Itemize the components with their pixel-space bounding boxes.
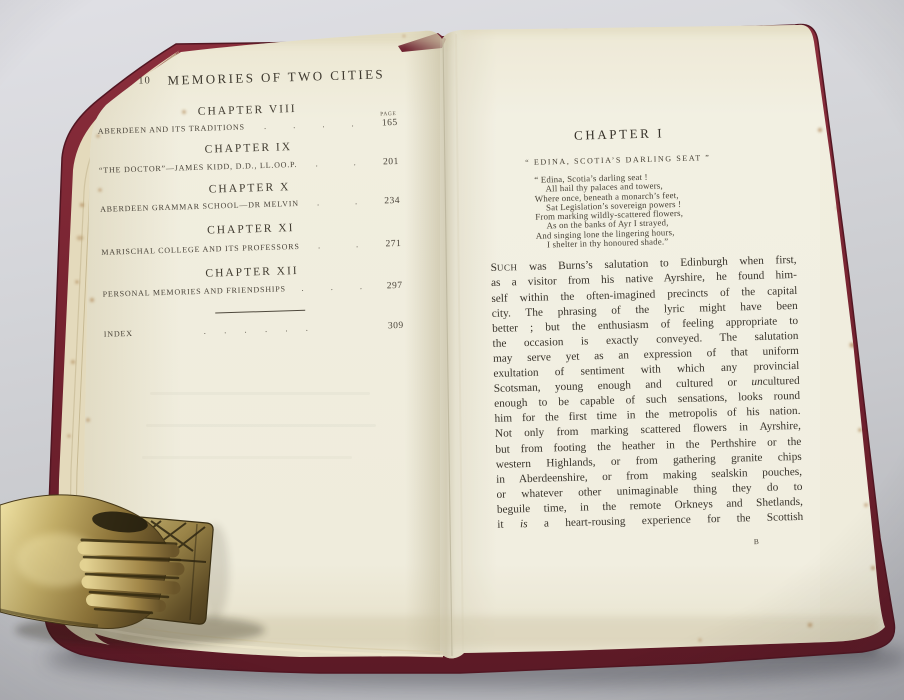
leader-dots: . .	[299, 197, 376, 208]
printers-signature-mark: B	[754, 537, 759, 546]
page-column-label: PAGE	[380, 111, 396, 117]
left-page: 10 MEMORIES OF TWO CITIES CHAPTER VIII P…	[96, 66, 404, 340]
toc-divider-rule	[215, 310, 305, 314]
toc-page-number: 234	[376, 196, 400, 207]
leader-dots: . .	[297, 158, 375, 169]
epigraph-title: “ EDINA, SCOTIA’S DARLING SEAT ”	[465, 152, 771, 169]
left-page-number: 10	[138, 75, 151, 86]
toc-chapter-heading: CHAPTER IX	[98, 138, 398, 159]
toc-page-number: 309	[380, 321, 404, 332]
toc-chapter-heading: CHAPTER XI	[101, 219, 401, 240]
toc-row: MARISCHAL COLLEGE AND ITS PROFESSORS . .…	[101, 239, 401, 258]
toc-page-number: 271	[377, 239, 401, 250]
photo-of-open-book: 10 MEMORIES OF TWO CITIES CHAPTER VIII P…	[0, 0, 904, 700]
toc-chapter-heading: CHAPTER XII	[102, 262, 402, 283]
body-paragraph: SUCH was Burns’s salutation to Edinburgh…	[490, 253, 803, 533]
leader-dots: . . . .	[245, 119, 374, 132]
toc-page-number: 165	[374, 118, 398, 129]
leader-dots: . . .	[286, 282, 379, 294]
toc-row: PERSONAL MEMORIES AND FRIENDSHIPS . . . …	[103, 281, 403, 300]
toc-page-number: 297	[378, 281, 402, 292]
right-page: CHAPTER I “ EDINA, SCOTIA’S DARLING SEAT…	[487, 122, 803, 533]
epigraph-poem: “ Edina, Scotia’s darling seat ! All hai…	[534, 169, 796, 250]
toc-chapter-heading: CHAPTER VIII	[97, 100, 397, 121]
leader-dots: . .	[299, 240, 377, 251]
toc-chapter-heading: CHAPTER X	[99, 178, 399, 199]
toc-page-number: 201	[375, 157, 399, 168]
toc-row: “THE DOCTOR”—JAMES KIDD, D.D., LL.OO.P. …	[99, 157, 399, 176]
toc-row: PAGE ABERDEEN AND ITS TRADITIONS . . . .…	[98, 118, 398, 137]
toc-row: ABERDEEN GRAMMAR SCHOOL—DR MELVIN . . 23…	[100, 196, 400, 215]
